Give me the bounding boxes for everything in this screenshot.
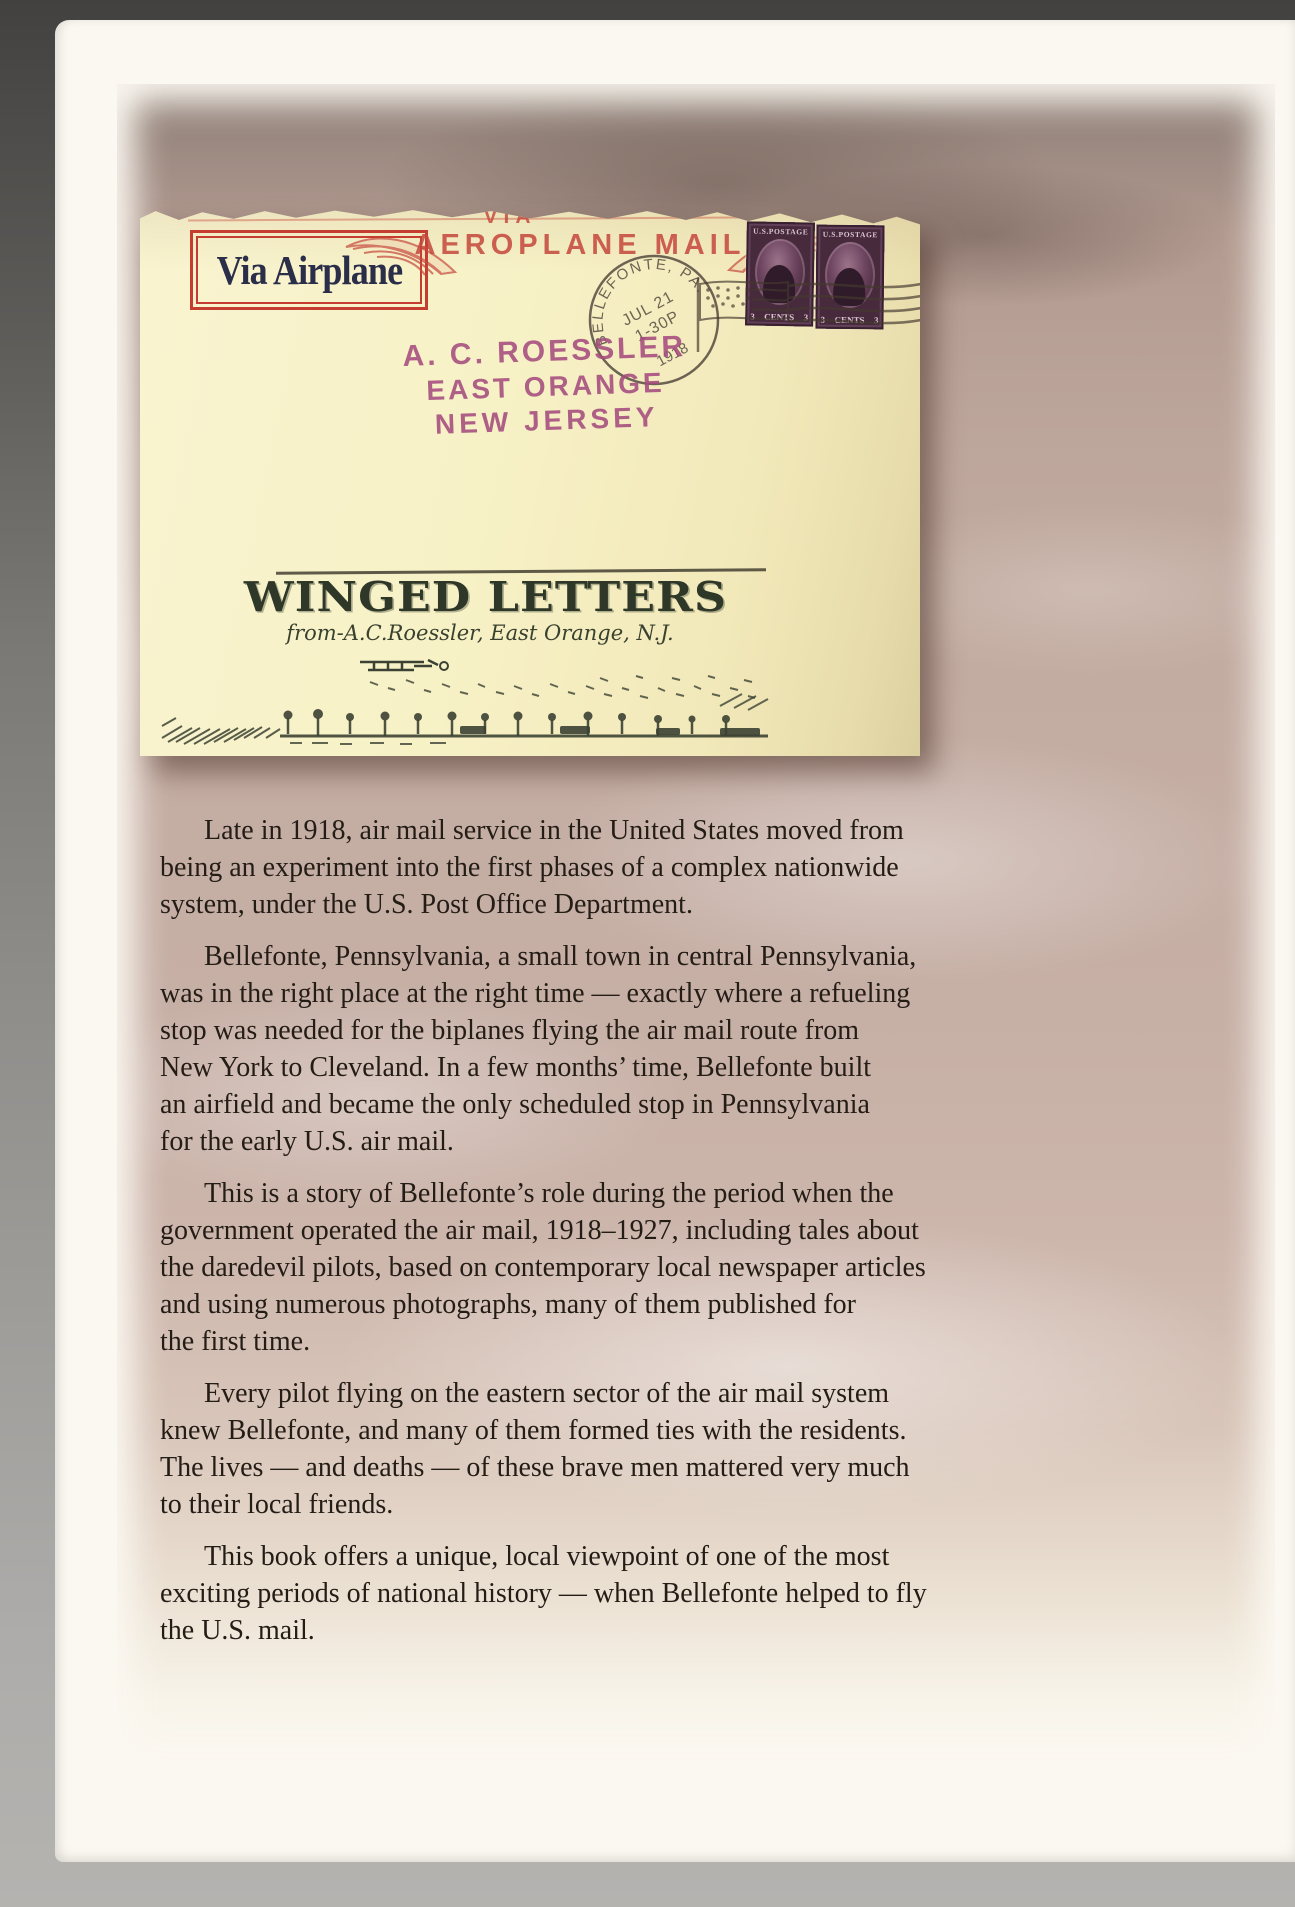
envelope-photo: Via Airplane [140,204,920,756]
biplane-icon [360,660,448,670]
blurb-paragraph: This book offers a unique, local viewpoi… [160,1538,1080,1649]
book-photo: Via Airplane [0,0,1295,1907]
back-cover-blurb: Late in 1918, air mail service in the Un… [160,812,1080,1664]
cover-clouds-background: Via Airplane [117,84,1275,1770]
blurb-paragraph: This is a story of Bellefonte’s role dur… [160,1175,1080,1360]
blurb-paragraph: Bellefonte, Pennsylvania, a small town i… [160,938,1080,1160]
roessler-address-stamp: A. C. ROESSLER EAST ORANGE NEW JERSEY [386,329,704,443]
book-back-cover: Via Airplane [55,20,1295,1862]
cachet-via-text: VIA [430,206,590,227]
airmail-envelope: Via Airplane [140,204,920,756]
blurb-paragraph: Every pilot flying on the eastern sector… [160,1375,1080,1523]
landscape-illustration [160,642,770,750]
blurb-paragraph: Late in 1918, air mail service in the Un… [160,812,1080,923]
winged-letters-title: WINGED LETTERS [197,577,775,618]
stamp-us-postage-text: U.S.POSTAGE [747,227,815,236]
flag-cancellation [688,274,920,354]
stamp-us-postage-text: U.S.POSTAGE [816,231,884,239]
cachet-aeroplane-mail-text: AEROPLANE MAIL [390,231,770,260]
